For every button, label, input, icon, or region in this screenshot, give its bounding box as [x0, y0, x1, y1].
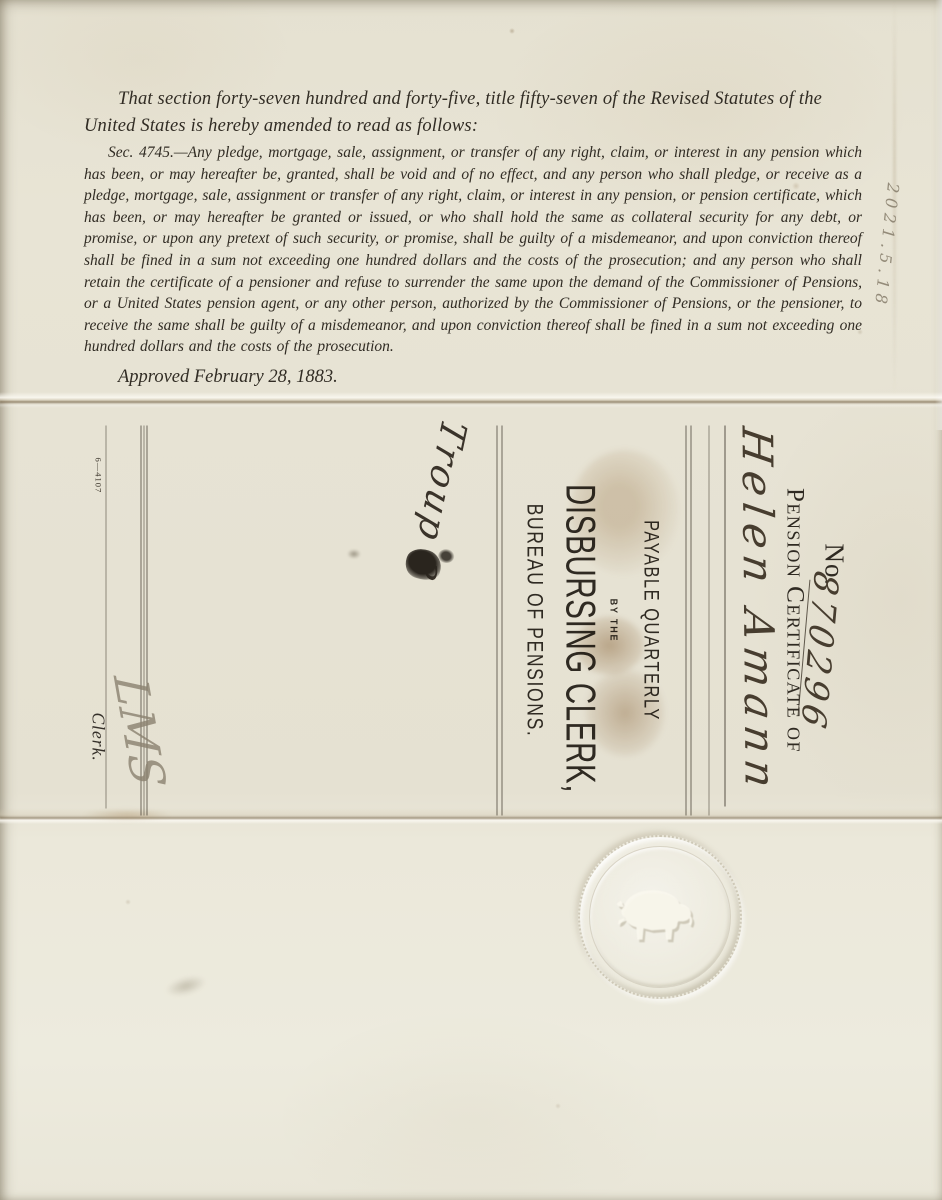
paper-edge-highlight	[935, 0, 942, 430]
ruled-line	[497, 426, 498, 816]
clerk-initials-pencil: LMS	[102, 676, 177, 788]
statute-intro: That section forty-seven hundred and for…	[84, 86, 862, 140]
ruled-line	[709, 426, 710, 816]
fold-crease-top	[0, 392, 942, 408]
archival-pencil-date: 2021.5.18	[864, 182, 903, 373]
disbursing-clerk-line: DISBURSING CLERK,	[557, 484, 605, 757]
form-number: 6—4107	[94, 458, 104, 494]
bureau-of-pensions-line: BUREAU OF PENSIONS.	[522, 465, 548, 777]
embossed-seal	[578, 835, 742, 999]
name-ruled-line	[725, 426, 726, 807]
ruled-line	[691, 426, 692, 816]
ruled-line	[502, 426, 503, 816]
bison-icon	[608, 881, 712, 953]
approval-line: Approved February 28, 1883.	[84, 367, 862, 388]
pencil-smudge	[163, 972, 208, 1000]
certificate-back-panel: No. 870296 Pension Certificate of Helen …	[81, 426, 856, 816]
panel-title: Pension Certificate of	[781, 426, 809, 816]
ruled-line	[686, 426, 687, 816]
statute-section-4745: Sec. 4745.—Any pledge, mortgage, sale, a…	[84, 142, 862, 358]
statute-text-block: That section forty-seven hundred and for…	[84, 86, 862, 388]
pensioner-name-handwritten: Helen Amann	[732, 424, 784, 798]
clerk-label: Clerk.	[88, 713, 109, 762]
payable-quarterly-line: PAYABLE QUARTERLY	[639, 468, 663, 772]
scanned-pension-certificate-back: That section forty-seven hundred and for…	[0, 0, 942, 1200]
by-the-line: BY THE	[608, 445, 619, 796]
